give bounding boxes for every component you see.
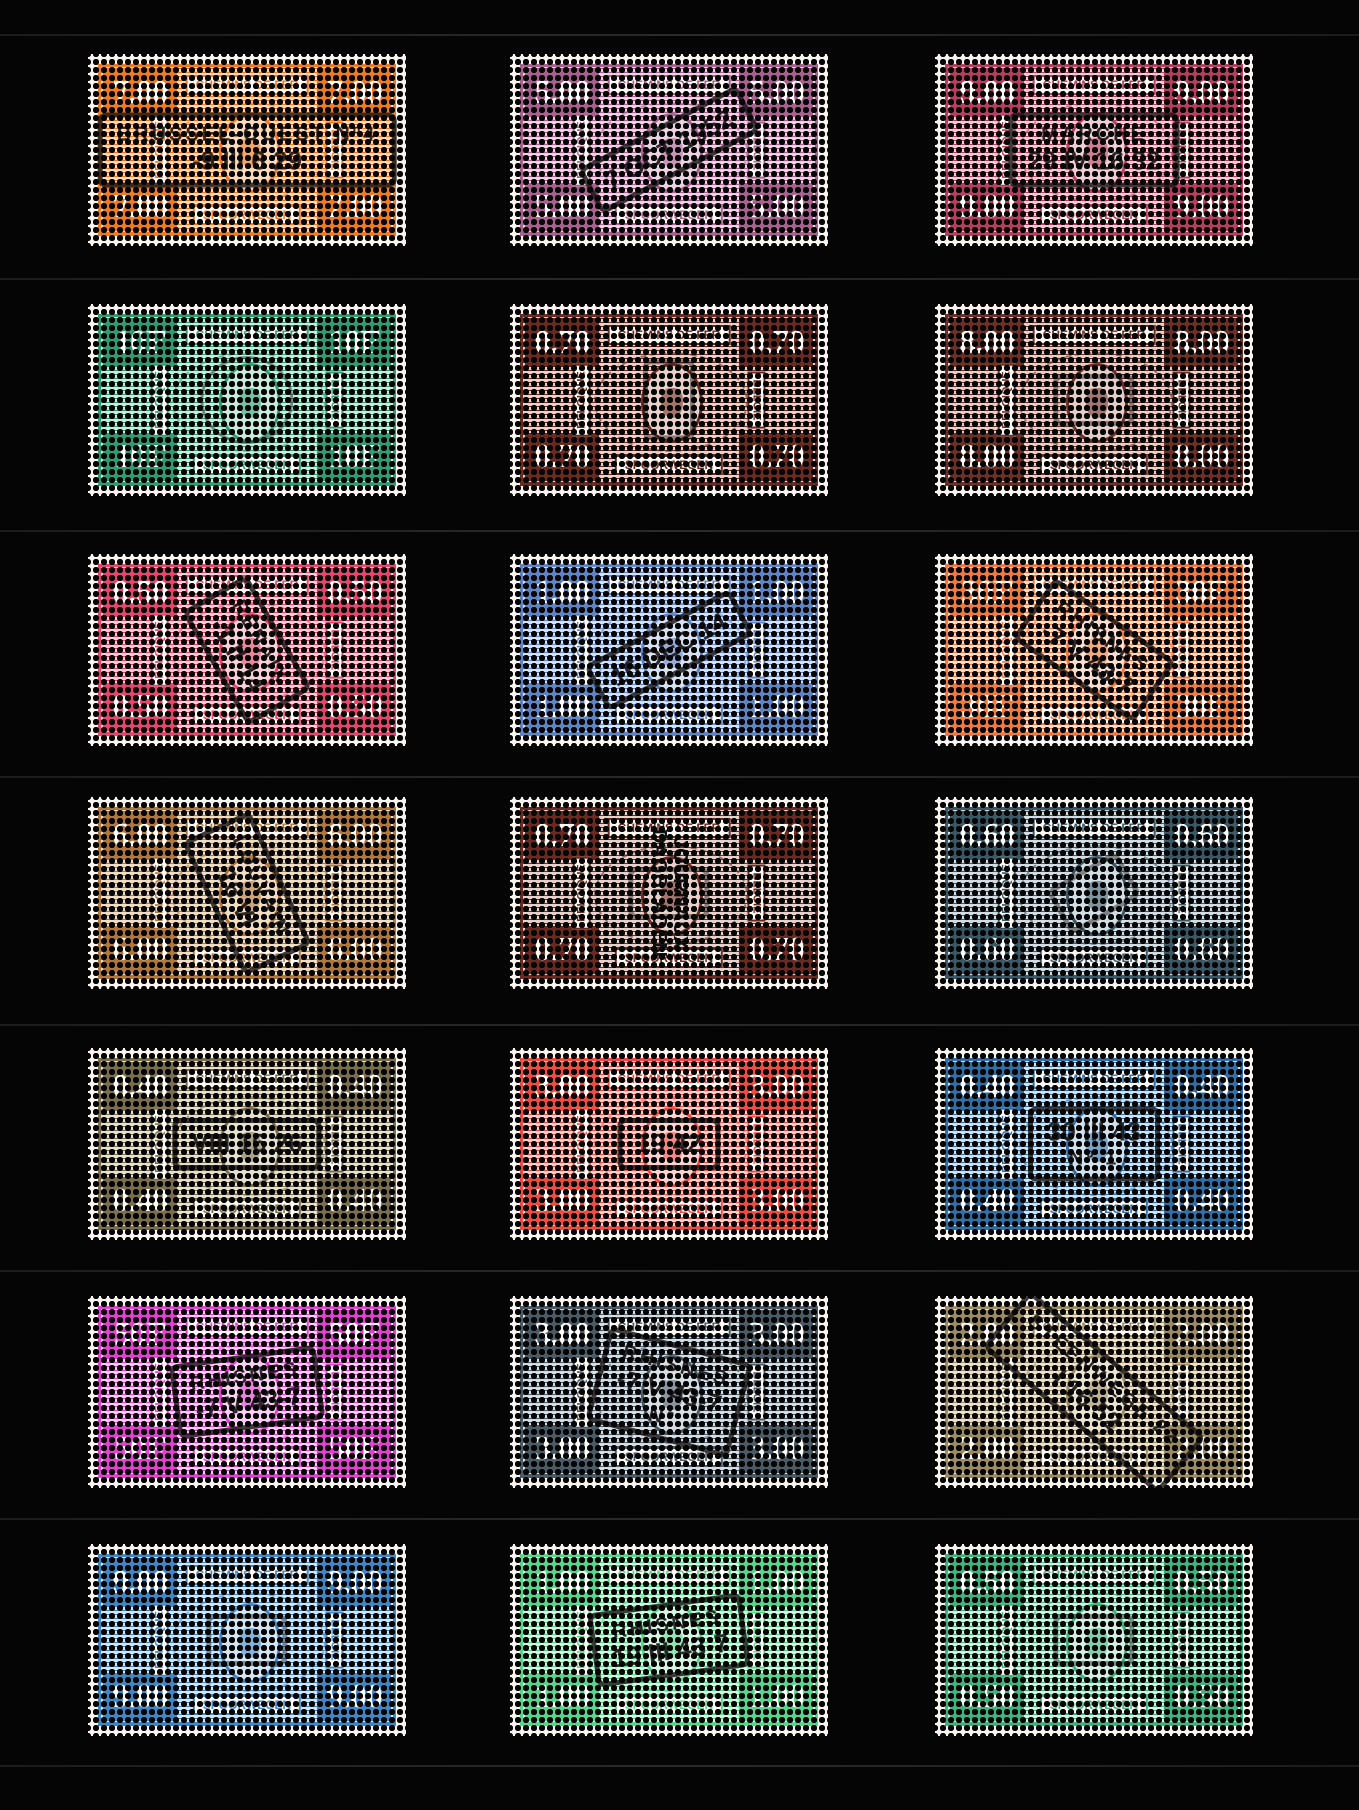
label-chemins-de-fer: CHEMINS DE FER <box>186 818 309 838</box>
stamp-value: 9.00 <box>103 1673 177 1721</box>
label-belgie: BELGIE <box>326 622 344 679</box>
stamp-frame: 9.009.009.009.00CHEMINS DE FERSPOORWEGEN… <box>945 64 1243 236</box>
label-chemins-de-fer: CHEMINS DE FER <box>186 575 309 595</box>
label-spoorwegen: SPOORWEGEN <box>615 455 723 475</box>
label-belgie: BELGIE <box>1173 1116 1191 1173</box>
label-spoorwegen: SPOORWEGEN <box>193 455 301 475</box>
stamp-value: 30F <box>1164 683 1238 731</box>
stamp-value: 9.00 <box>317 1673 391 1721</box>
stamp-value: 0.40 <box>317 1063 391 1111</box>
stamp-frame: 0.700.700.700.70CHEMINS DE FERSPOORWEGEN… <box>520 807 818 979</box>
stamp-value: 6.00 <box>103 812 177 860</box>
stamp-value: 7.00 <box>103 183 177 231</box>
stamp-value: 0.50 <box>950 1559 1024 1607</box>
label-spoorwegen: SPOORWEGEN <box>1040 705 1148 725</box>
stamp[interactable]: 0.400.400.400.40CHEMINS DE FERSPOORWEGEN… <box>88 1048 406 1240</box>
label-chemins-de-fer: CHEMINS DE FER <box>1033 575 1156 595</box>
lion-crest-icon <box>641 1603 703 1683</box>
label-chemins-de-fer: CHEMINS DE FER <box>1033 1565 1156 1585</box>
stamp-value: 9.00 <box>950 69 1024 117</box>
stamp-value: 3.00 <box>525 1311 599 1359</box>
stamp-value: 50F <box>103 1311 177 1359</box>
label-belgie: BELGIE <box>326 122 344 179</box>
label-belgique: BELGIQUE <box>151 613 169 686</box>
stamp[interactable]: 9.009.009.009.00CHEMINS DE FERSPOORWEGEN… <box>935 54 1253 246</box>
stamp-value: 1.00 <box>739 683 813 731</box>
stamp[interactable]: 50F50F50F50FCHEMINS DE FERSPOORWEGENBELG… <box>88 1296 406 1488</box>
label-spoorwegen: SPOORWEGEN <box>615 1199 723 1219</box>
label-chemins-de-fer: CHEMINS DE FER <box>608 1317 731 1337</box>
label-spoorwegen: SPOORWEGEN <box>1040 205 1148 225</box>
stamp-value: 3.00 <box>525 1177 599 1225</box>
stamp-value: 0.50 <box>103 569 177 617</box>
stamp[interactable]: 3.003.003.003.00CHEMINS DE FERSPOORWEGEN… <box>510 1296 828 1488</box>
stamp-frame: 2.002.002.002.00CHEMINS DE FERSPOORWEGEN… <box>945 1306 1243 1478</box>
stamp-value: 0.50 <box>103 683 177 731</box>
stamp-value: 6.00 <box>317 812 391 860</box>
stamp[interactable]: 0.400.400.400.40CHEMINS DE FERSPOORWEGEN… <box>935 1048 1253 1240</box>
stamp-value: 9.00 <box>950 183 1024 231</box>
label-belgique: BELGIQUE <box>998 613 1016 686</box>
label-spoorwegen: SPOORWEGEN <box>193 705 301 725</box>
stamp-frame: 1.001.001.001.00CHEMINS DE FERSPOORWEGEN… <box>520 1554 818 1726</box>
stamp-value: 3.00 <box>525 1425 599 1473</box>
stamp-value: 0.60 <box>1164 926 1238 974</box>
overprint-text: JOURNAUXDAGBLADEN <box>648 829 690 957</box>
stamp-frame: 7.007.007.007.00CHEMINS DE FERSPOORWEGEN… <box>98 64 396 236</box>
stamp-value: 9.00 <box>1164 183 1238 231</box>
label-chemins-de-fer: CHEMINS DE FER <box>186 1565 309 1585</box>
stamp-value: 10F <box>317 319 391 367</box>
stamp-value: 1.00 <box>739 1673 813 1721</box>
label-belgique: BELGIQUE <box>998 1603 1016 1676</box>
label-belgique: BELGIQUE <box>151 1107 169 1180</box>
stamp-value: 0.40 <box>950 1177 1024 1225</box>
stamp-value: 0.60 <box>1164 812 1238 860</box>
stockbook-strip <box>0 776 1359 778</box>
stamp-frame: 9.009.009.009.00CHEMINS DE FERSPOORWEGEN… <box>98 1554 396 1726</box>
stamp-value: 8.00 <box>1164 319 1238 367</box>
label-chemins-de-fer: CHEMINS DE FER <box>608 1069 731 1089</box>
stamp-value: 7.00 <box>317 183 391 231</box>
label-belgie: BELGIE <box>748 1364 766 1421</box>
stamp-frame: 10F10F10F10FCHEMINS DE FERSPOORWEGENBELG… <box>98 314 396 486</box>
stamp[interactable]: 30F30F30F30FCHEMINS DE FERSPOORWEGENBELG… <box>935 554 1253 746</box>
stockbook-strip <box>0 1765 1359 1767</box>
stamp-value: 0.50 <box>1164 1673 1238 1721</box>
label-spoorwegen: SPOORWEGEN <box>615 205 723 225</box>
stamp-value: 9.00 <box>103 1559 177 1607</box>
stamp-value: 0.70 <box>739 812 813 860</box>
stockbook-strip <box>0 1270 1359 1272</box>
stamp-value: 7.00 <box>317 69 391 117</box>
stamp-value: 10F <box>317 433 391 481</box>
stamp-frame: 5.005.005.005.00CHEMINS DE FERSPOORWEGEN… <box>520 64 818 236</box>
stamp-value: 0.50 <box>317 683 391 731</box>
label-belgique: BELGIQUE <box>998 113 1016 186</box>
lion-crest-icon <box>641 363 703 443</box>
stamp-value: 8.00 <box>950 319 1024 367</box>
stockbook-strip <box>0 278 1359 280</box>
stamp-value: 30F <box>950 683 1024 731</box>
label-belgique: BELGIQUE <box>998 363 1016 436</box>
label-chemins-de-fer: CHEMINS DE FER <box>608 1565 731 1585</box>
label-spoorwegen: SPOORWEGEN <box>1040 1695 1148 1715</box>
label-belgie: BELGIE <box>748 122 766 179</box>
stamp[interactable]: 8.008.008.008.00CHEMINS DE FERSPOORWEGEN… <box>935 304 1253 496</box>
stamp-value: 9.00 <box>317 1559 391 1607</box>
lion-crest-icon <box>1066 363 1128 443</box>
label-spoorwegen: SPOORWEGEN <box>193 1447 301 1467</box>
stamp-value: 30F <box>950 569 1024 617</box>
label-belgie: BELGIE <box>326 372 344 429</box>
stamp-value: 0.40 <box>103 1063 177 1111</box>
stamp-value: 10F <box>103 433 177 481</box>
label-spoorwegen: SPOORWEGEN <box>615 1447 723 1467</box>
stamp-value: 50F <box>317 1311 391 1359</box>
label-belgie: BELGIE <box>748 1612 766 1669</box>
label-belgie: BELGIE <box>326 1364 344 1421</box>
stockbook-strip <box>0 34 1359 36</box>
label-belgie: BELGIE <box>1173 372 1191 429</box>
stamp-frame: 0.500.500.500.50CHEMINS DE FERSPOORWEGEN… <box>98 564 396 736</box>
stamp-frame: 3.003.003.003.00CHEMINS DE FERSPOORWEGEN… <box>520 1058 818 1230</box>
stamp[interactable]: 0.700.700.700.70CHEMINS DE FERSPOORWEGEN… <box>510 304 828 496</box>
lion-crest-icon <box>641 113 703 193</box>
stamp-value: 0.40 <box>103 1177 177 1225</box>
stamp-value: 3.00 <box>739 1063 813 1111</box>
stamp-value: 0.60 <box>950 812 1024 860</box>
label-belgique: BELGIQUE <box>151 363 169 436</box>
label-chemins-de-fer: CHEMINS DE FER <box>1033 75 1156 95</box>
stamp[interactable]: 3.003.003.003.00CHEMINS DE FERSPOORWEGEN… <box>510 1048 828 1240</box>
stamp-value: 0.70 <box>525 812 599 860</box>
stamp-value: 1.00 <box>525 1559 599 1607</box>
stamp-frame: 8.008.008.008.00CHEMINS DE FERSPOORWEGEN… <box>945 314 1243 486</box>
stamp-value: 9.00 <box>1164 69 1238 117</box>
stockbook-strip <box>0 1518 1359 1520</box>
stamp-value: 1.00 <box>525 1673 599 1721</box>
label-chemins-de-fer: CHEMINS DE FER <box>1033 1317 1156 1337</box>
stamp-value: 1.00 <box>525 683 599 731</box>
label-belgie: BELGIE <box>326 1116 344 1173</box>
stamp-value: 0.70 <box>739 319 813 367</box>
lion-crest-icon <box>219 113 281 193</box>
stamp[interactable]: 9.009.009.009.00CHEMINS DE FERSPOORWEGEN… <box>88 1544 406 1736</box>
stamp-frame: 0.700.700.700.70CHEMINS DE FERSPOORWEGEN… <box>520 314 818 486</box>
overprint-line: JOURNAUX <box>669 829 690 957</box>
stamp-value: 0.50 <box>950 1673 1024 1721</box>
stamp[interactable]: 1.001.001.001.00CHEMINS DE FERSPOORWEGEN… <box>510 1544 828 1736</box>
lion-crest-icon <box>219 1603 281 1683</box>
lion-crest-icon <box>1066 1355 1128 1435</box>
stamp-value: 5.00 <box>525 183 599 231</box>
label-chemins-de-fer: CHEMINS DE FER <box>186 325 309 345</box>
stamp-value: 0.40 <box>317 1177 391 1225</box>
label-spoorwegen: SPOORWEGEN <box>1040 1199 1148 1219</box>
stamp-value: 0.70 <box>739 926 813 974</box>
label-belgie: BELGIE <box>326 865 344 922</box>
stamp-value: 50F <box>317 1425 391 1473</box>
label-belgique: BELGIQUE <box>573 1355 591 1428</box>
label-chemins-de-fer: CHEMINS DE FER <box>1033 325 1156 345</box>
stamp-value: 8.00 <box>950 433 1024 481</box>
label-belgique: BELGIQUE <box>998 1355 1016 1428</box>
stamp-value: 6.00 <box>103 926 177 974</box>
stamp-value: 2.00 <box>950 1311 1024 1359</box>
lion-crest-icon <box>1066 613 1128 693</box>
stamp-value: 0.50 <box>317 569 391 617</box>
label-spoorwegen: SPOORWEGEN <box>193 1199 301 1219</box>
label-chemins-de-fer: CHEMINS DE FER <box>186 75 309 95</box>
label-belgie: BELGIE <box>1173 865 1191 922</box>
stamp-value: 0.60 <box>950 926 1024 974</box>
stamp-value: 0.40 <box>950 1063 1024 1111</box>
lion-crest-icon <box>1066 1107 1128 1187</box>
stamp-value: 0.70 <box>525 433 599 481</box>
stamp-value: 3.00 <box>739 1177 813 1225</box>
stamp-frame: 0.600.600.600.60CHEMINS DE FERSPOORWEGEN… <box>945 807 1243 979</box>
label-belgie: BELGIE <box>1173 622 1191 679</box>
stamp-value: 5.00 <box>525 69 599 117</box>
stamp-value: 3.00 <box>739 1311 813 1359</box>
label-belgique: BELGIQUE <box>573 856 591 929</box>
stamp[interactable]: 2.002.002.002.00CHEMINS DE FERSPOORWEGEN… <box>935 1296 1253 1488</box>
stamp[interactable]: 5.005.005.005.00CHEMINS DE FERSPOORWEGEN… <box>510 54 828 246</box>
stockbook-strip <box>0 1024 1359 1026</box>
lion-crest-icon <box>641 613 703 693</box>
stamp-value: 2.00 <box>1164 1311 1238 1359</box>
stamp-value: 0.40 <box>1164 1063 1238 1111</box>
label-belgie: BELGIE <box>748 1116 766 1173</box>
label-chemins-de-fer: CHEMINS DE FER <box>608 325 731 345</box>
label-belgique: BELGIQUE <box>573 1107 591 1180</box>
stamp-value: 2.00 <box>1164 1425 1238 1473</box>
label-belgie: BELGIE <box>1173 1364 1191 1421</box>
overprint-line: DAGBLADEN <box>648 829 669 957</box>
label-belgique: BELGIQUE <box>151 856 169 929</box>
label-belgique: BELGIQUE <box>151 1603 169 1676</box>
lion-crest-icon <box>219 1355 281 1435</box>
label-spoorwegen: SPOORWEGEN <box>193 205 301 225</box>
label-belgie: BELGIE <box>748 622 766 679</box>
label-belgique: BELGIQUE <box>573 113 591 186</box>
stamp-value: 10F <box>103 319 177 367</box>
stamp-frame: 1.001.001.001.00CHEMINS DE FERSPOORWEGEN… <box>520 564 818 736</box>
stamp[interactable]: 10F10F10F10FCHEMINS DE FERSPOORWEGENBELG… <box>88 304 406 496</box>
stamp-value: 6.00 <box>317 926 391 974</box>
stamp-value: 3.00 <box>739 1425 813 1473</box>
label-spoorwegen: SPOORWEGEN <box>615 705 723 725</box>
stockbook-strip <box>0 530 1359 532</box>
label-chemins-de-fer: CHEMINS DE FER <box>1033 818 1156 838</box>
lion-crest-icon <box>219 856 281 936</box>
stamp-frame: 6.006.006.006.00CHEMINS DE FERSPOORWEGEN… <box>98 807 396 979</box>
label-spoorwegen: SPOORWEGEN <box>1040 1447 1148 1467</box>
stamp-value: 5.00 <box>739 183 813 231</box>
stamp-value: 3.00 <box>525 1063 599 1111</box>
stamp-value: 50F <box>103 1425 177 1473</box>
stamp-frame: 30F30F30F30FCHEMINS DE FERSPOORWEGENBELG… <box>945 564 1243 736</box>
stamp-value: 2.00 <box>950 1425 1024 1473</box>
stamp[interactable]: 6.006.006.006.00CHEMINS DE FERSPOORWEGEN… <box>88 797 406 989</box>
label-chemins-de-fer: CHEMINS DE FER <box>1033 1069 1156 1089</box>
stamp[interactable]: 0.600.600.600.60CHEMINS DE FERSPOORWEGEN… <box>935 797 1253 989</box>
label-belgique: BELGIQUE <box>151 1355 169 1428</box>
label-chemins-de-fer: CHEMINS DE FER <box>608 575 731 595</box>
stamp-value: 0.70 <box>739 433 813 481</box>
stamp[interactable]: 0.500.500.500.50CHEMINS DE FERSPOORWEGEN… <box>88 554 406 746</box>
lion-crest-icon <box>1066 856 1128 936</box>
stamp-frame: 3.003.003.003.00CHEMINS DE FERSPOORWEGEN… <box>520 1306 818 1478</box>
lion-crest-icon <box>641 1107 703 1187</box>
label-spoorwegen: SPOORWEGEN <box>615 1695 723 1715</box>
label-belgie: BELGIE <box>748 865 766 922</box>
label-spoorwegen: SPOORWEGEN <box>1040 455 1148 475</box>
label-chemins-de-fer: CHEMINS DE FER <box>608 75 731 95</box>
stamp-frame: 0.400.400.400.40CHEMINS DE FERSPOORWEGEN… <box>945 1058 1243 1230</box>
lion-crest-icon <box>1066 113 1128 193</box>
stamp-value: 1.00 <box>739 569 813 617</box>
label-belgie: BELGIE <box>1173 1612 1191 1669</box>
label-spoorwegen: SPOORWEGEN <box>1040 948 1148 968</box>
stamp-value: 30F <box>1164 569 1238 617</box>
lion-crest-icon <box>1066 1603 1128 1683</box>
stamp-value: 0.70 <box>525 926 599 974</box>
label-belgique: BELGIQUE <box>151 113 169 186</box>
label-belgique: BELGIQUE <box>573 363 591 436</box>
stamp-frame: 0.500.500.500.50CHEMINS DE FERSPOORWEGEN… <box>945 1554 1243 1726</box>
stamp[interactable]: 0.500.500.500.50CHEMINS DE FERSPOORWEGEN… <box>935 1544 1253 1736</box>
stamp-value: 8.00 <box>1164 433 1238 481</box>
label-belgique: BELGIQUE <box>573 1603 591 1676</box>
label-spoorwegen: SPOORWEGEN <box>193 948 301 968</box>
stamp-frame: 0.400.400.400.40CHEMINS DE FERSPOORWEGEN… <box>98 1058 396 1230</box>
label-belgique: BELGIQUE <box>573 613 591 686</box>
label-belgie: BELGIE <box>748 372 766 429</box>
stamp-value: 0.70 <box>525 319 599 367</box>
label-chemins-de-fer: CHEMINS DE FER <box>186 1317 309 1337</box>
label-belgie: BELGIE <box>1173 122 1191 179</box>
stamp[interactable]: 0.700.700.700.70CHEMINS DE FERSPOORWEGEN… <box>510 797 828 989</box>
stamp-value: 1.00 <box>739 1559 813 1607</box>
label-spoorwegen: SPOORWEGEN <box>193 1695 301 1715</box>
stamp[interactable]: 1.001.001.001.00CHEMINS DE FERSPOORWEGEN… <box>510 554 828 746</box>
stamp-value: 0.40 <box>1164 1177 1238 1225</box>
stamp-value: 1.00 <box>525 569 599 617</box>
lion-crest-icon <box>219 363 281 443</box>
lion-crest-icon <box>219 1107 281 1187</box>
stamp-value: 7.00 <box>103 69 177 117</box>
lion-crest-icon <box>219 613 281 693</box>
stamp-value: 0.50 <box>1164 1559 1238 1607</box>
stamp-value: 5.00 <box>739 69 813 117</box>
label-belgique: BELGIQUE <box>998 1107 1016 1180</box>
label-belgique: BELGIQUE <box>998 856 1016 929</box>
label-belgie: BELGIE <box>326 1612 344 1669</box>
stamp[interactable]: 7.007.007.007.00CHEMINS DE FERSPOORWEGEN… <box>88 54 406 246</box>
stamp-frame: 50F50F50F50FCHEMINS DE FERSPOORWEGENBELG… <box>98 1306 396 1478</box>
label-chemins-de-fer: CHEMINS DE FER <box>186 1069 309 1089</box>
lion-crest-icon <box>641 1355 703 1435</box>
